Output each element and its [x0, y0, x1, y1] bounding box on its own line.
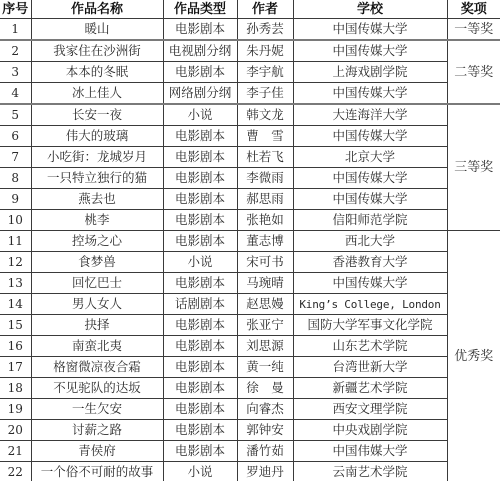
cell-no: 10 — [0, 210, 31, 231]
cell-title: 一只特立独行的猫 — [31, 168, 163, 189]
cell-author: 罗迪丹 — [237, 462, 293, 481]
cell-no: 3 — [0, 62, 31, 83]
cell-author: 李宇航 — [237, 62, 293, 83]
cell-type: 小说 — [163, 252, 237, 273]
cell-school: King’s College, London — [293, 294, 447, 315]
cell-school: 云南艺术学院 — [293, 462, 447, 481]
cell-no: 5 — [0, 104, 31, 126]
cell-school: 中央戏剧学院 — [293, 420, 447, 441]
cell-title: 一生欠安 — [31, 399, 163, 420]
table-row: 4 冰上佳人 网络剧分纲 李子佳 中国传媒大学 — [0, 83, 500, 105]
cell-type: 电影剧本 — [163, 231, 237, 252]
cell-no: 16 — [0, 336, 31, 357]
cell-type: 电影剧本 — [163, 19, 237, 41]
cell-title: 抉择 — [31, 315, 163, 336]
cell-title: 回忆巴士 — [31, 273, 163, 294]
cell-author: 杜若飞 — [237, 147, 293, 168]
cell-author: 张亚宁 — [237, 315, 293, 336]
cell-no: 19 — [0, 399, 31, 420]
cell-title: 长安一夜 — [31, 104, 163, 126]
table-row: 14 男人女人 话剧剧本 赵思嫚 King’s College, London — [0, 294, 500, 315]
cell-title: 我家住在沙洲街 — [31, 40, 163, 62]
cell-title: 食梦兽 — [31, 252, 163, 273]
cell-no: 7 — [0, 147, 31, 168]
cell-no: 4 — [0, 83, 31, 105]
table-row: 9 燕去也 电影剧本 郝思雨 中国传媒大学 — [0, 189, 500, 210]
table-row: 8 一只特立独行的猫 电影剧本 李微雨 中国传媒大学 — [0, 168, 500, 189]
cell-title: 燕去也 — [31, 189, 163, 210]
cell-no: 17 — [0, 357, 31, 378]
cell-type: 电影剧本 — [163, 62, 237, 83]
cell-author: 韩文龙 — [237, 104, 293, 126]
cell-title: 讨薪之路 — [31, 420, 163, 441]
table-row: 21 青侯府 电影剧本 潘竹茹 中国伟媒大学 — [0, 441, 500, 462]
cell-title: 一个俗不可耐的故事 — [31, 462, 163, 481]
cell-type: 网络剧分纲 — [163, 83, 237, 105]
cell-no: 12 — [0, 252, 31, 273]
cell-no: 6 — [0, 126, 31, 147]
cell-author: 宋可书 — [237, 252, 293, 273]
cell-author: 马琬晴 — [237, 273, 293, 294]
cell-type: 电影剧本 — [163, 168, 237, 189]
cell-school: 中国传媒大学 — [293, 168, 447, 189]
cell-school: 大连海洋大学 — [293, 104, 447, 126]
cell-no: 20 — [0, 420, 31, 441]
cell-school: 中国传媒大学 — [293, 40, 447, 62]
cell-author: 郭钟安 — [237, 420, 293, 441]
table-row: 17 格窗微凉夜合霜 电影剧本 黄一纯 台湾世新大学 — [0, 357, 500, 378]
table-row: 10 桃李 电影剧本 张艳如 信阳师范学院 — [0, 210, 500, 231]
table-row: 5 长安一夜 小说 韩文龙 大连海洋大学 三等奖 — [0, 104, 500, 126]
cell-school: 中国传媒大学 — [293, 83, 447, 105]
table-row: 2 我家住在沙洲街 电视剧分纲 朱丹妮 中国传媒大学 二等奖 — [0, 40, 500, 62]
cell-title: 桃李 — [31, 210, 163, 231]
cell-author: 张艳如 — [237, 210, 293, 231]
cell-type: 电影剧本 — [163, 336, 237, 357]
cell-school: 中国传媒大学 — [293, 189, 447, 210]
cell-author: 李微雨 — [237, 168, 293, 189]
cell-title: 本本的冬眠 — [31, 62, 163, 83]
cell-title: 暖山 — [31, 19, 163, 41]
cell-school: 西安文理学院 — [293, 399, 447, 420]
table-row: 19 一生欠安 电影剧本 向睿杰 西安文理学院 — [0, 399, 500, 420]
cell-school: 中国传媒大学 — [293, 19, 447, 41]
cell-author: 孙秀芸 — [237, 19, 293, 41]
cell-no: 2 — [0, 40, 31, 62]
cell-school: 中国伟媒大学 — [293, 441, 447, 462]
award-excellence-prize: 优秀奖 — [447, 231, 500, 481]
table-row: 16 南蛮北夷 电影剧本 刘思源 山东艺术学院 — [0, 336, 500, 357]
cell-no: 1 — [0, 19, 31, 41]
cell-title: 伟大的玻璃 — [31, 126, 163, 147]
table-row: 11 控场之心 电影剧本 董志博 西北大学 优秀奖 — [0, 231, 500, 252]
cell-author: 黄一纯 — [237, 357, 293, 378]
cell-title: 小吃街：龙城岁月 — [31, 147, 163, 168]
cell-author: 曹 雪 — [237, 126, 293, 147]
header-author: 作者 — [237, 0, 293, 19]
cell-type: 电影剧本 — [163, 126, 237, 147]
cell-type: 话剧剧本 — [163, 294, 237, 315]
cell-author: 刘思源 — [237, 336, 293, 357]
table-row: 22 一个俗不可耐的故事 小说 罗迪丹 云南艺术学院 — [0, 462, 500, 481]
table-row: 6 伟大的玻璃 电影剧本 曹 雪 中国传媒大学 — [0, 126, 500, 147]
cell-author: 徐 曼 — [237, 378, 293, 399]
cell-type: 电视剧分纲 — [163, 40, 237, 62]
award-third-prize: 三等奖 — [447, 104, 500, 231]
cell-author: 潘竹茹 — [237, 441, 293, 462]
cell-school: 国防大学军事文化学院 — [293, 315, 447, 336]
cell-title: 男人女人 — [31, 294, 163, 315]
award-second-prize: 二等奖 — [447, 40, 500, 104]
table-row: 7 小吃街：龙城岁月 电影剧本 杜若飞 北京大学 — [0, 147, 500, 168]
cell-type: 电影剧本 — [163, 420, 237, 441]
table-row: 18 不见驼队的达坂 电影剧本 徐 曼 新疆艺术学院 — [0, 378, 500, 399]
cell-type: 电影剧本 — [163, 399, 237, 420]
header-no: 序号 — [0, 0, 31, 19]
cell-author: 向睿杰 — [237, 399, 293, 420]
award-first-prize: 一等奖 — [447, 19, 500, 41]
table-row: 20 讨薪之路 电影剧本 郭钟安 中央戏剧学院 — [0, 420, 500, 441]
cell-no: 13 — [0, 273, 31, 294]
cell-title: 冰上佳人 — [31, 83, 163, 105]
header-type: 作品类型 — [163, 0, 237, 19]
cell-no: 8 — [0, 168, 31, 189]
cell-author: 朱丹妮 — [237, 40, 293, 62]
cell-type: 电影剧本 — [163, 315, 237, 336]
cell-school: 中国传媒大学 — [293, 273, 447, 294]
award-winners-table: 序号 作品名称 作品类型 作者 学校 奖项 1 暖山 电影剧本 孙秀芸 中国传媒… — [0, 0, 500, 481]
cell-school: 山东艺术学院 — [293, 336, 447, 357]
table-row: 1 暖山 电影剧本 孙秀芸 中国传媒大学 一等奖 — [0, 19, 500, 41]
cell-no: 14 — [0, 294, 31, 315]
cell-no: 9 — [0, 189, 31, 210]
cell-school: 台湾世新大学 — [293, 357, 447, 378]
cell-school: 信阳师范学院 — [293, 210, 447, 231]
cell-school: 北京大学 — [293, 147, 447, 168]
cell-type: 电影剧本 — [163, 189, 237, 210]
cell-author: 董志博 — [237, 231, 293, 252]
cell-type: 电影剧本 — [163, 147, 237, 168]
cell-title: 格窗微凉夜合霜 — [31, 357, 163, 378]
table-row: 13 回忆巴士 电影剧本 马琬晴 中国传媒大学 — [0, 273, 500, 294]
cell-type: 电影剧本 — [163, 357, 237, 378]
header-school: 学校 — [293, 0, 447, 19]
cell-no: 22 — [0, 462, 31, 481]
cell-no: 18 — [0, 378, 31, 399]
cell-title: 南蛮北夷 — [31, 336, 163, 357]
cell-title: 青侯府 — [31, 441, 163, 462]
header-row: 序号 作品名称 作品类型 作者 学校 奖项 — [0, 0, 500, 19]
cell-type: 电影剧本 — [163, 378, 237, 399]
cell-type: 小说 — [163, 462, 237, 481]
cell-author: 李子佳 — [237, 83, 293, 105]
cell-author: 赵思嫚 — [237, 294, 293, 315]
cell-type: 电影剧本 — [163, 441, 237, 462]
cell-school: 西北大学 — [293, 231, 447, 252]
cell-type: 电影剧本 — [163, 273, 237, 294]
table-row: 3 本本的冬眠 电影剧本 李宇航 上海戏剧学院 — [0, 62, 500, 83]
cell-no: 21 — [0, 441, 31, 462]
cell-title: 不见驼队的达坂 — [31, 378, 163, 399]
header-award: 奖项 — [447, 0, 500, 19]
cell-title: 控场之心 — [31, 231, 163, 252]
cell-type: 小说 — [163, 104, 237, 126]
cell-school: 新疆艺术学院 — [293, 378, 447, 399]
cell-school: 上海戏剧学院 — [293, 62, 447, 83]
cell-school: 中国传媒大学 — [293, 126, 447, 147]
header-title: 作品名称 — [31, 0, 163, 19]
cell-author: 郝思雨 — [237, 189, 293, 210]
cell-no: 15 — [0, 315, 31, 336]
cell-no: 11 — [0, 231, 31, 252]
table-row: 12 食梦兽 小说 宋可书 香港教育大学 — [0, 252, 500, 273]
cell-type: 电影剧本 — [163, 210, 237, 231]
table-row: 15 抉择 电影剧本 张亚宁 国防大学军事文化学院 — [0, 315, 500, 336]
cell-school: 香港教育大学 — [293, 252, 447, 273]
